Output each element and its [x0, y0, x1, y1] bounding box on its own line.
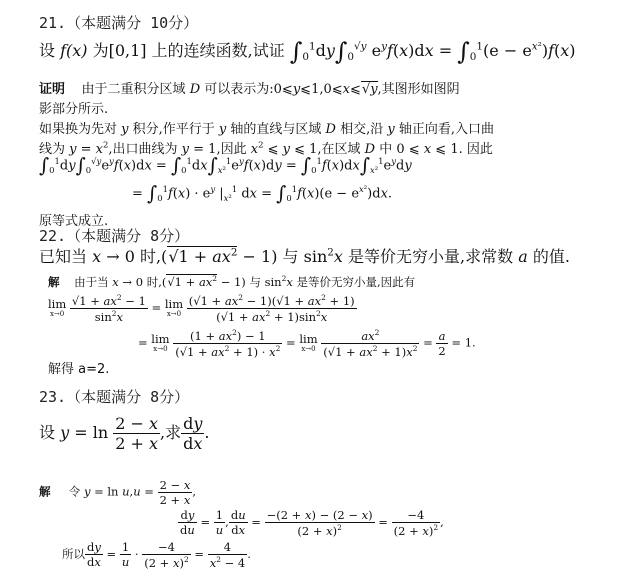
statement-mid: 为[0,1] 上的连续函数,试证: [88, 41, 285, 60]
solution-label: 解: [48, 275, 60, 289]
problem-21-statement: 设 f(x) 为[0,1] 上的连续函数,试证 ∫01dy∫0√y eyf(x)…: [39, 38, 576, 64]
statement-prefix: 设: [39, 41, 60, 60]
problem-21-proof-line4: 线为 y = x2,出口曲线为 y = 1,因此 x2 ⩽ y ⩽ 1,在区域 …: [39, 138, 493, 157]
problem-22-header: 22.（本题满分 8分）: [39, 225, 189, 246]
problem-22-result: 解得 a=2.: [48, 358, 109, 377]
proof-label: 证明: [39, 82, 65, 97]
problem-22-statement: 已知当 x → 0 时,(√1 + ax2 − 1) 与 sin2x 是等价无穷…: [39, 244, 570, 267]
problem-23-solution-line2: dydu = 1u,dudx = −(2 + x) − (2 − x)(2 + …: [178, 508, 444, 538]
problem-21-header: 21.（本题满分 10分）: [39, 12, 198, 33]
solution-label: 解: [39, 485, 51, 499]
problem-23-solution-line3: 所以dydx = 1u · −4(2 + x)2 = 4x2 − 4.: [62, 540, 251, 570]
problem-21-proof-eq2: = ∫01f(x) · ey |x²1 dx = ∫01f(x)(e − ex²…: [132, 184, 392, 204]
problem-22-lim-eq1: limx→0 √1 + ax2 − 1sin2x = limx→0 (√1 + …: [48, 293, 357, 324]
problem-21-proof-line2: 影部分所示.: [39, 98, 108, 117]
problem-22-lim-eq2: = limx→0 (1 + ax2) − 1(√1 + ax2 + 1) · x…: [138, 328, 476, 359]
problem-23-statement: 设 y = ln 2 − x2 + x,求dydx.: [39, 414, 210, 453]
problem-23-header: 23.（本题满分 8分）: [39, 386, 189, 407]
problem-21-proof-line3: 如果换为先对 y 积分,作平行于 y 轴的直线与区域 D 相交,沿 y 轴正向看…: [39, 118, 494, 137]
problem-23-solution-line1: 解 令 y = ln u,u = 2 − x2 + x,: [39, 478, 196, 507]
problem-21-proof-line1: 证明 由于二重积分区域 D 可以表示为:0⩽y⩽1,0⩽x⩽√y,其图形如图阴: [39, 78, 460, 97]
statement-fx: f(x): [60, 41, 87, 60]
problem-21-proof-eq1: ∫01dy∫0√yeyf(x)dx = ∫01dx∫x²1eyf(x)dy = …: [39, 156, 412, 176]
problem-22-solution-line1: 解 由于当 x → 0 时,(√1 + ax2 − 1) 与 sin2x 是等价…: [48, 274, 415, 290]
